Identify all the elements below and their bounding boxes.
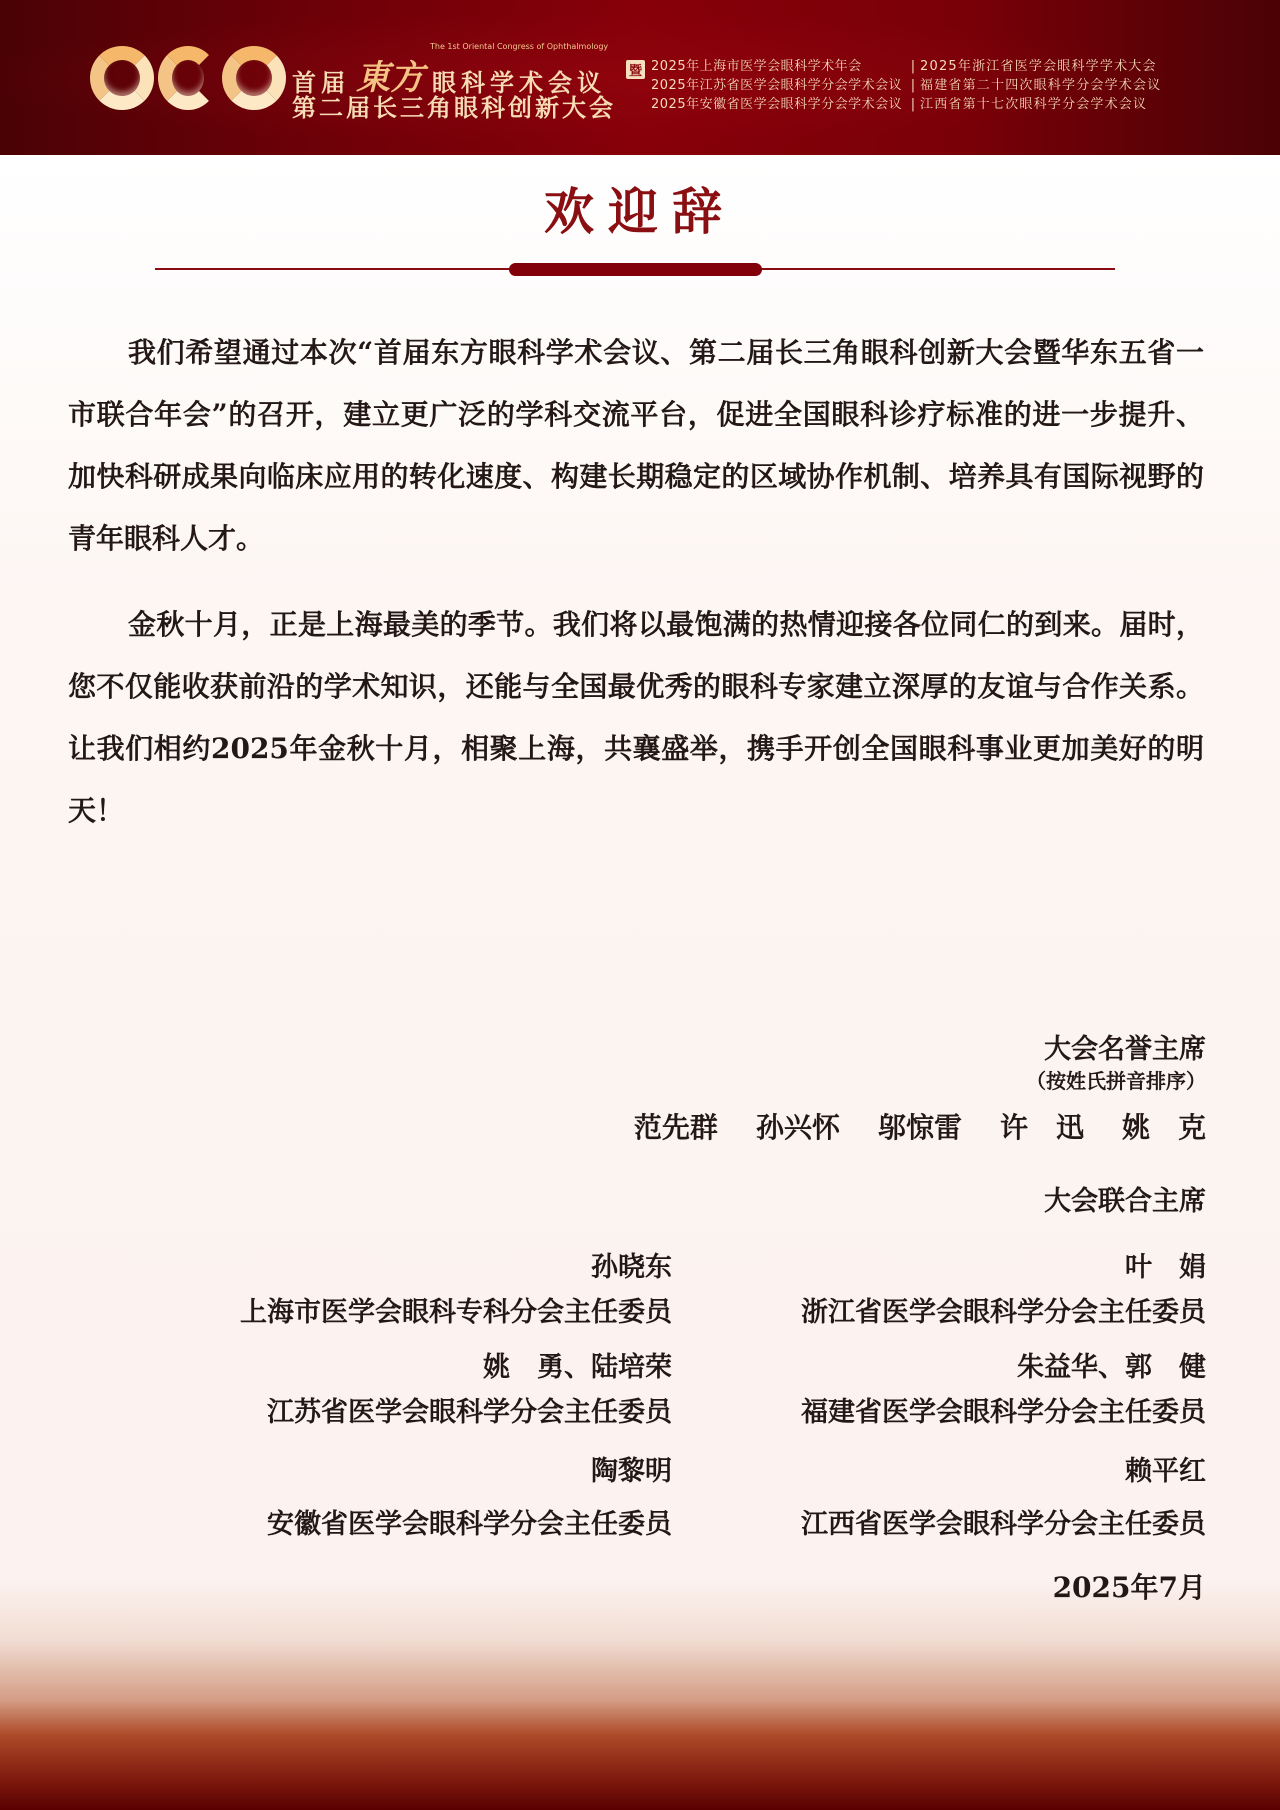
title-line-2: 第二届长三角眼科创新大会 [292,88,616,123]
co-chair-name: 朱益华、郭 健 [801,1348,1206,1388]
joint-meeting-left: 2025年上海市医学会眼科学术年会 [651,57,906,76]
separator: | [906,76,920,95]
title-divider-ornament [509,263,762,276]
co-chair-entry: 孙晓东 上海市医学会眼科专科分会主任委员 [240,1248,672,1333]
co-chair-role: 江苏省医学会眼科学分会主任委员 [267,1393,672,1433]
logo-letter-o-icon [222,46,286,110]
logo-letter-o-icon [90,46,154,110]
separator: | [906,57,920,76]
co-chair-entry: 赖平红 江西省医学会眼科学分会主任委员 [801,1452,1206,1545]
joint-meeting-right: 江西省第十七次眼科学分会学术会议 [920,95,1147,114]
co-chair-name: 陶黎明 [267,1452,672,1492]
co-chair-role: 福建省医学会眼科学分会主任委员 [801,1393,1206,1433]
joint-meeting-left: 2025年安徽省医学会眼科学分会学术会议 [651,95,906,114]
co-chair-role: 江西省医学会眼科学分会主任委员 [801,1505,1206,1545]
honorary-chair-name: 许 迅 [1000,1108,1084,1148]
welcome-paragraph-2: 金秋十月，正是上海最美的季节。我们将以最饱满的热情迎接各位同仁的到来。届时，您不… [68,594,1204,842]
co-chair-entry: 姚 勇、陆培荣 江苏省医学会眼科学分会主任委员 [267,1348,672,1433]
joint-meeting-right: 2025年浙江省医学会眼科学学术大会 [920,57,1157,76]
joint-meeting-right: 福建省第二十四次眼科学分会学术会议 [920,76,1161,95]
co-chair-entry: 叶 娟 浙江省医学会眼科学分会主任委员 [801,1248,1206,1333]
joint-meeting-row: 2025年安徽省医学会眼科学分会学术会议 | 江西省第十七次眼科学分会学术会议 [651,95,1161,114]
co-chair-entry: 朱益华、郭 健 福建省医学会眼科学分会主任委员 [801,1348,1206,1433]
english-title: The 1st Oriental Congress of Ophthalmolo… [430,42,608,51]
logo-letter-c-icon [158,46,218,110]
joint-meetings-list: 2025年上海市医学会眼科学术年会 | 2025年浙江省医学会眼科学学术大会 2… [651,57,1161,114]
conference-banner: The 1st Oriental Congress of Ophthalmolo… [0,0,1280,155]
joint-meeting-row: 2025年上海市医学会眼科学术年会 | 2025年浙江省医学会眼科学学术大会 [651,57,1161,76]
honorary-chairs-names: 范先群 孙兴怀 邬惊雷 许 迅 姚 克 [596,1108,1206,1148]
honorary-chair-name: 孙兴怀 [756,1108,840,1148]
joint-meeting-left: 2025年江苏省医学会眼科学分会学术会议 [651,76,906,95]
honorary-chair-name: 姚 克 [1122,1108,1206,1148]
honorary-chairs-note: （按姓氏拼音排序） [1026,1066,1206,1096]
joint-meeting-row: 2025年江苏省医学会眼科学分会学术会议 | 福建省第二十四次眼科学分会学术会议 [651,76,1161,95]
honorary-chairs-title: 大会名誉主席 [1044,1030,1206,1070]
co-chairs-title: 大会联合主席 [1044,1182,1206,1222]
co-chair-role: 安徽省医学会眼科学分会主任委员 [267,1505,672,1545]
letter-date: 2025年7月 [1053,1568,1206,1608]
co-chair-name: 孙晓东 [240,1248,672,1288]
co-chair-name: 叶 娟 [801,1248,1206,1288]
honorary-chair-name: 范先群 [634,1108,718,1148]
co-chair-role: 浙江省医学会眼科学分会主任委员 [801,1293,1206,1333]
co-chair-name: 姚 勇、陆培荣 [267,1348,672,1388]
page-title: 欢迎辞 [0,182,1280,242]
ji-badge: 暨 [626,60,645,79]
honorary-chair-name: 邬惊雷 [878,1108,962,1148]
separator: | [906,95,920,114]
oco-logo [90,46,286,110]
co-chair-entry: 陶黎明 安徽省医学会眼科学分会主任委员 [267,1452,672,1545]
co-chair-role: 上海市医学会眼科专科分会主任委员 [240,1293,672,1333]
welcome-paragraph-1: 我们希望通过本次“首届东方眼科学术会议、第二届长三角眼科创新大会暨华东五省一市联… [68,322,1204,570]
co-chair-name: 赖平红 [801,1452,1206,1492]
